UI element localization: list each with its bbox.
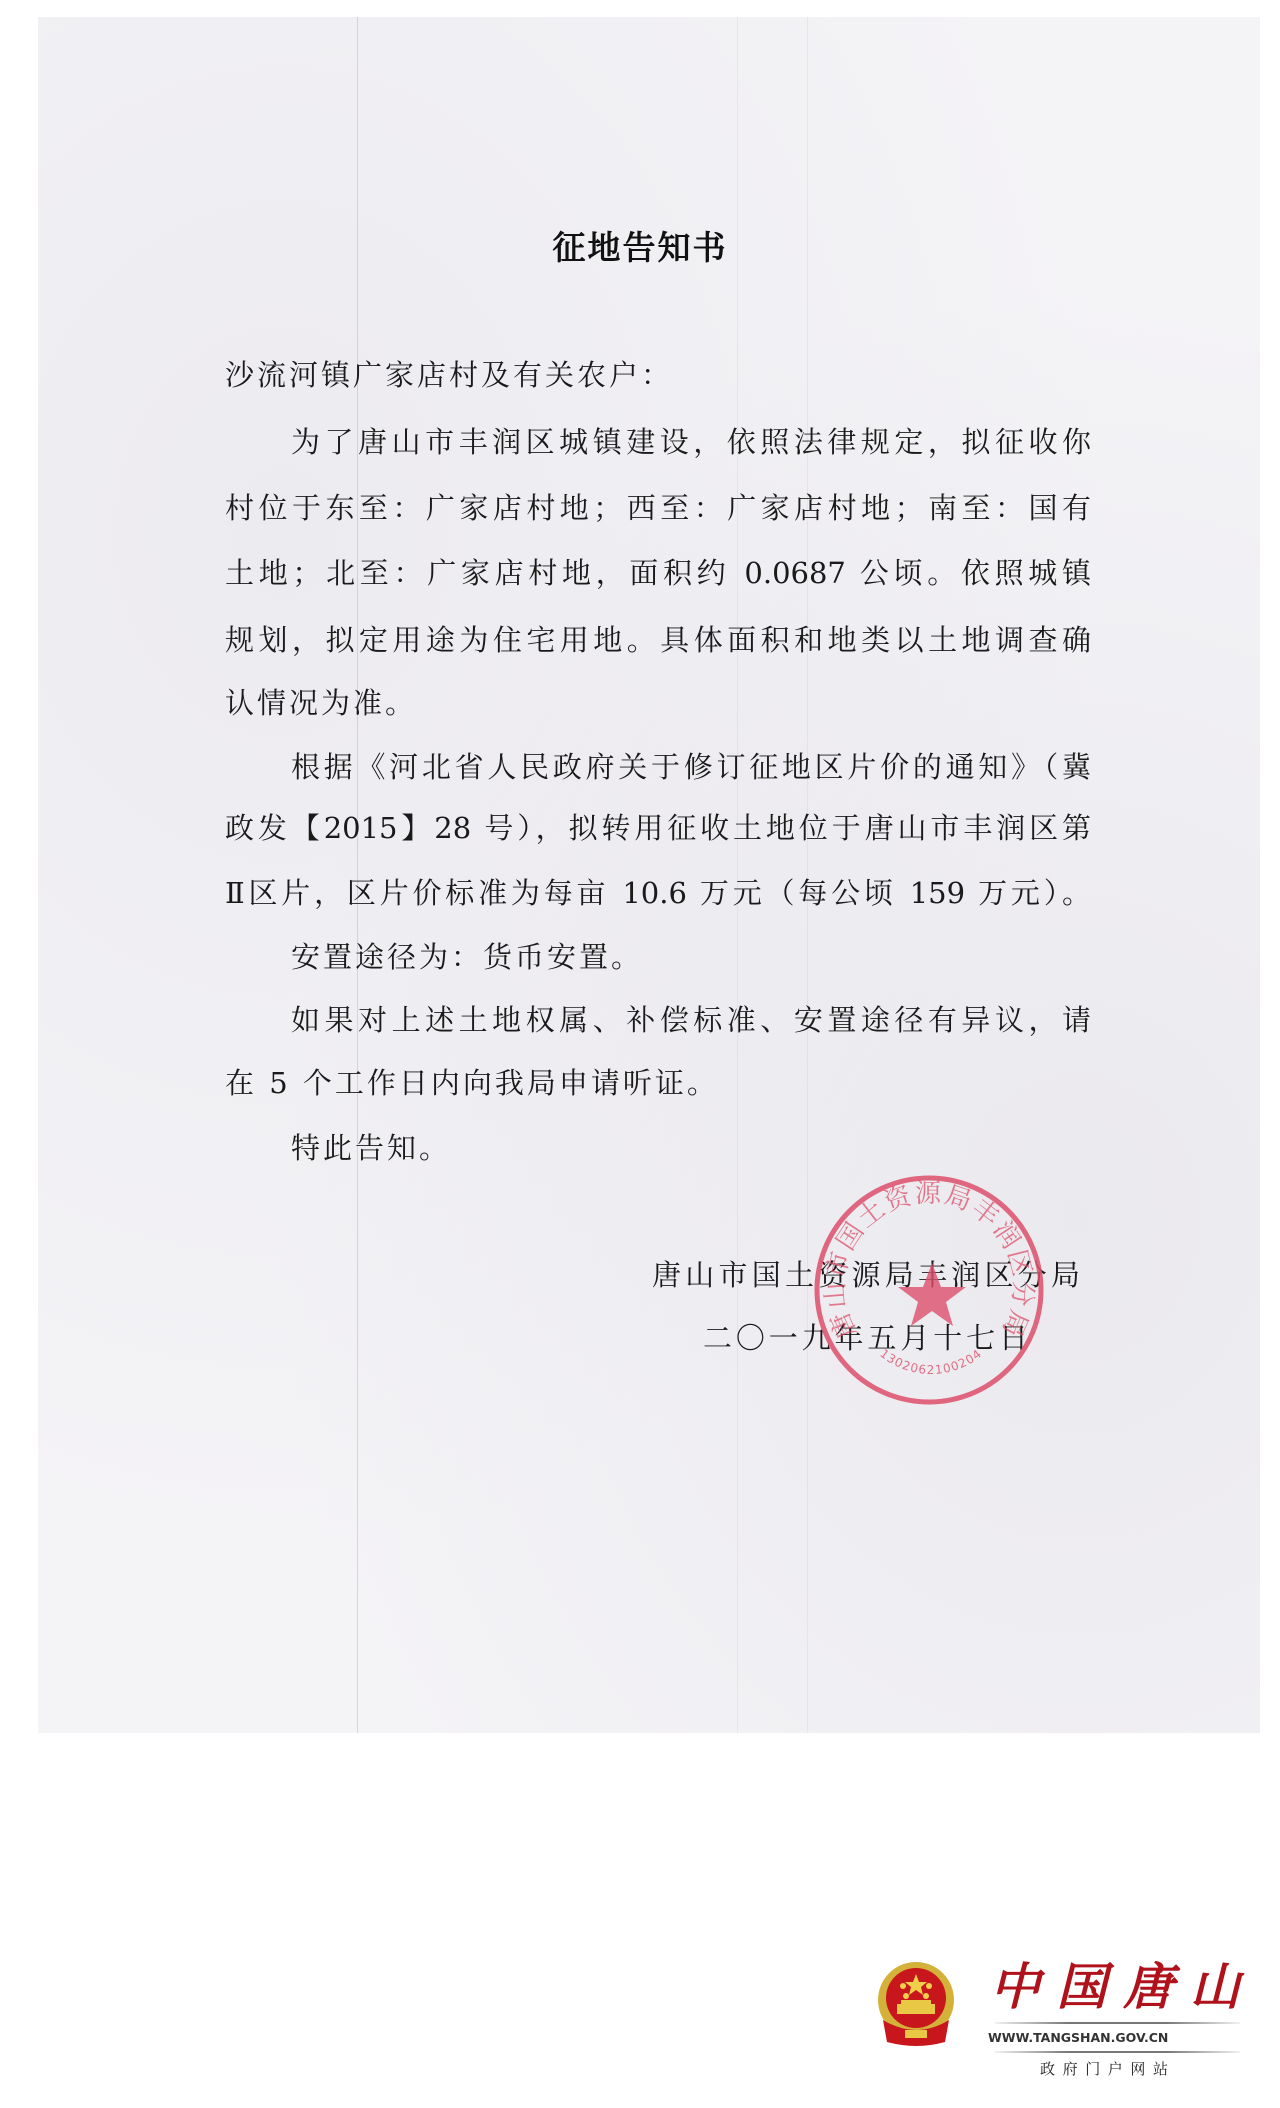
logo-divider xyxy=(995,2051,1240,2053)
paragraph-line: 根据《河北省人民政府关于修订征地区片价的通知》（冀 xyxy=(291,747,1091,787)
national-emblem-icon xyxy=(875,1960,957,2048)
logo-url[interactable]: WWW.TANGSHAN.GOV.CN xyxy=(988,2030,1243,2046)
paragraph-line: 村位于东至：广家店村地；西至：广家店村地；南至：国有 xyxy=(225,488,1091,528)
logo-title: 中国唐山 xyxy=(990,1955,1240,2019)
paragraph-line: Ⅱ区片，区片价标准为每亩 10.6 万元（每公顷 159 万元）。 xyxy=(225,873,1091,913)
logo-divider xyxy=(995,2022,1240,2024)
paragraph-line: 土地；北至：广家店村地，面积约 0.0687 公顷。依照城镇 xyxy=(225,553,1091,593)
logo-subtitle: 政府门户网站 xyxy=(1040,2059,1168,2079)
document-title: 征地告知书 xyxy=(0,222,1280,269)
paragraph-line: 如果对上述土地权属、补偿标准、安置途径有异议，请 xyxy=(291,1000,1091,1040)
paragraph-line: 安置途径为：货币安置。 xyxy=(291,937,1091,977)
paragraph-line: 为了唐山市丰润区城镇建设，依照法律规定，拟征收你 xyxy=(291,422,1091,462)
signature-date: 二〇一九年五月十七日 xyxy=(703,1318,1028,1358)
paragraph-line: 在 5 个工作日内向我局申请听证。 xyxy=(225,1063,1091,1103)
paragraph-line: 特此告知。 xyxy=(291,1128,1091,1168)
tangshan-gov-logo[interactable]: 中国唐山 WWW.TANGSHAN.GOV.CN 政府门户网站 xyxy=(870,1955,1250,2085)
salutation: 沙流河镇广家店村及有关农户： xyxy=(225,355,1091,395)
signature-org: 唐山市国土资源局丰润区分局 xyxy=(652,1255,1080,1295)
paragraph-line: 规划，拟定用途为住宅用地。具体面积和地类以土地调查确 xyxy=(225,620,1091,660)
paragraph-line: 政发【2015】28 号），拟转用征收土地位于唐山市丰润区第 xyxy=(225,808,1091,848)
paragraph-line: 认情况为准。 xyxy=(225,683,1091,723)
